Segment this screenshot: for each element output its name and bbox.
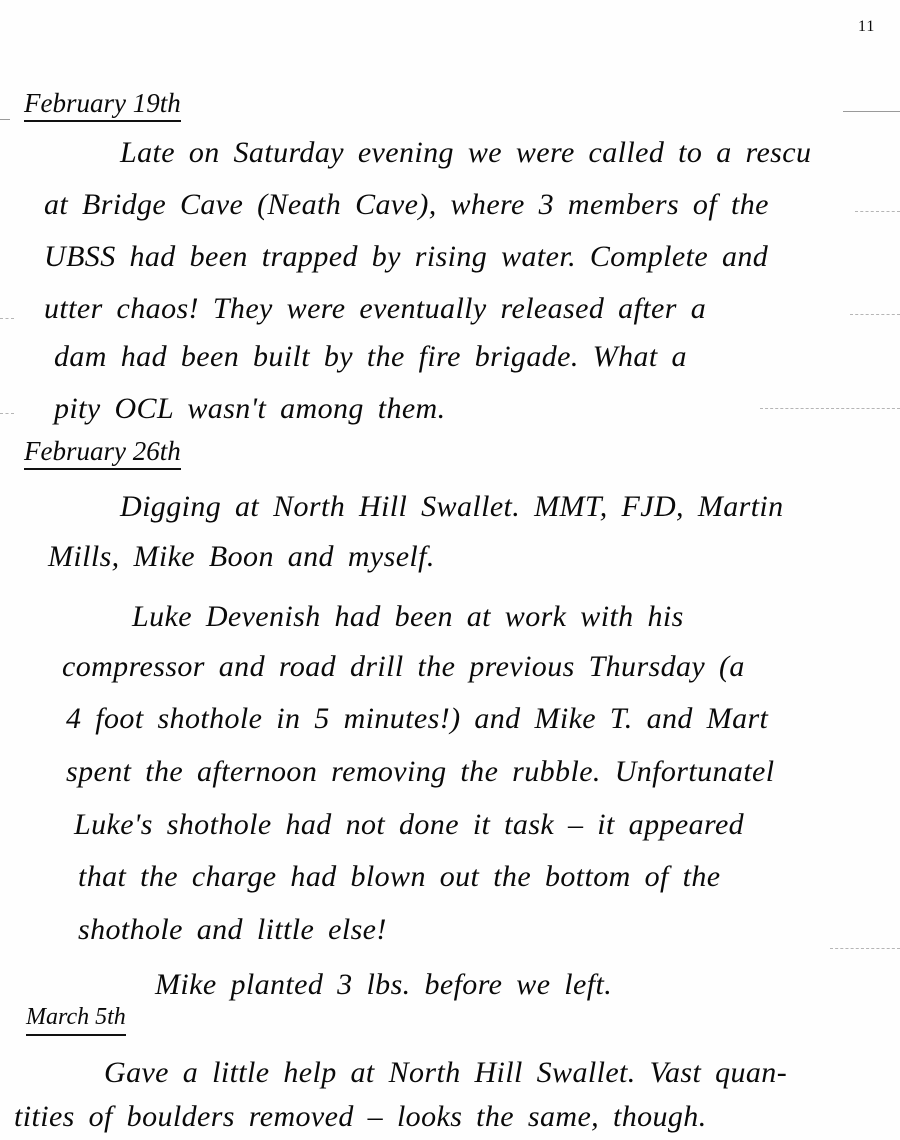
entry-text-line: 4 foot shothole in 5 minutes!) and Mike … xyxy=(66,702,768,736)
ruled-line-mark xyxy=(855,211,900,212)
entry-text-line: Digging at North Hill Swallet. MMT, FJD,… xyxy=(120,490,784,524)
ruled-line-mark xyxy=(850,314,900,315)
entry-text-line: compressor and road drill the previous T… xyxy=(62,650,745,684)
entry-date-heading: February 26th xyxy=(24,436,181,470)
ruled-line-mark xyxy=(0,318,14,319)
entry-text-line: Luke Devenish had been at work with his xyxy=(132,600,684,634)
entry-text-line: Mike planted 3 lbs. before we left. xyxy=(155,968,612,1002)
entry-date-heading: March 5th xyxy=(26,1002,126,1036)
entry-text-line: UBSS had been trapped by rising water. C… xyxy=(44,240,768,274)
entry-text-line: shothole and little else! xyxy=(78,913,387,947)
entry-text-line: Late on Saturday evening we were called … xyxy=(120,136,811,170)
page-number: 11 xyxy=(858,18,875,36)
ruled-line-mark xyxy=(760,408,900,409)
entry-date-heading: February 19th xyxy=(24,88,181,122)
entry-text-line: tities of boulders removed – looks the s… xyxy=(14,1100,707,1134)
entry-text-line: Mills, Mike Boon and myself. xyxy=(48,540,435,574)
margin-rule xyxy=(843,111,900,112)
entry-text-line: pity OCL wasn't among them. xyxy=(54,392,446,426)
diary-page: 11 February 19th Late on Saturday evenin… xyxy=(0,0,900,1140)
ruled-line-mark xyxy=(830,948,900,949)
ruled-line-mark xyxy=(0,413,14,414)
entry-text-line: dam had been built by the fire brigade. … xyxy=(54,340,687,374)
entry-text-line: Gave a little help at North Hill Swallet… xyxy=(104,1056,787,1090)
entry-text-line: utter chaos! They were eventually releas… xyxy=(44,292,706,326)
entry-text-line: that the charge had blown out the bottom… xyxy=(78,860,720,894)
entry-text-line: Luke's shothole had not done it task – i… xyxy=(74,808,744,842)
entry-text-line: spent the afternoon removing the rubble.… xyxy=(66,755,775,789)
entry-text-line: at Bridge Cave (Neath Cave), where 3 mem… xyxy=(44,188,769,222)
margin-rule xyxy=(0,119,10,120)
